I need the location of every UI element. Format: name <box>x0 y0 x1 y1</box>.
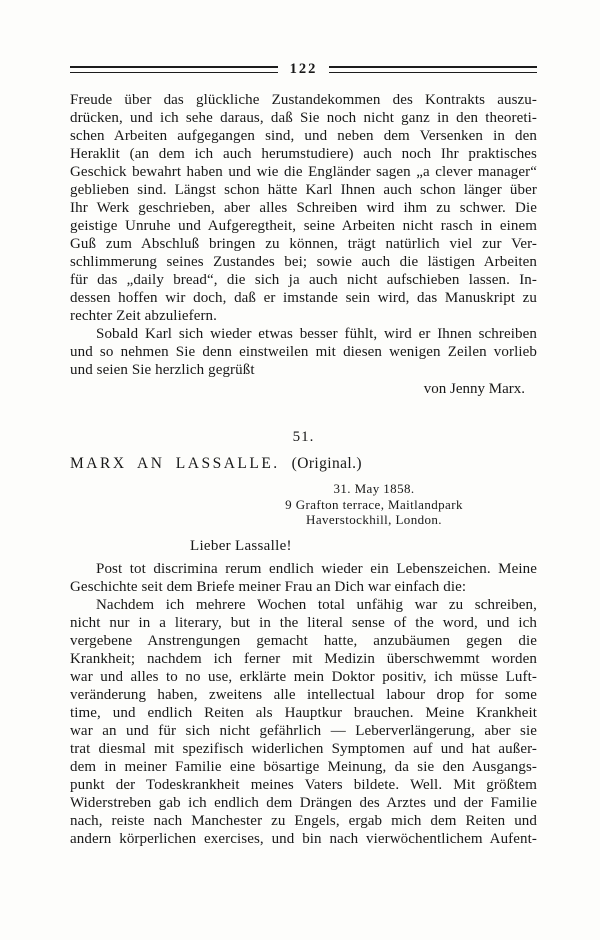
text-line: Post tot discrimina rerum endlich wieder… <box>70 560 537 578</box>
text-line: schlimmerung seines Zustandes bei; sowie… <box>70 253 537 271</box>
section-title-note: (Original.) <box>292 455 362 472</box>
text-line: andern körperlichen exercises, und bin n… <box>70 830 537 848</box>
marx-letter-paragraph-2: Nachdem ich mehrere Wochen total unfähig… <box>70 596 537 848</box>
text-line: trat diesmal mit spezifisch widerlichen … <box>70 740 537 758</box>
dateline-address-2: Haverstockhill, London. <box>219 512 529 528</box>
dateline-address-1: 9 Grafton terrace, Maitlandpark <box>219 497 529 513</box>
text-line: Krankheit; nachdem ich ferner mit Medizi… <box>70 650 537 668</box>
text-line: rechter Zeit abzuliefern. <box>70 307 537 325</box>
text-line: war und alles to no use, erklärte mein D… <box>70 668 537 686</box>
letter-signature: von Jenny Marx. <box>70 380 537 398</box>
page-number: 122 <box>290 62 318 76</box>
text-line: geblieben sind. Längst schon hätte Karl … <box>70 181 537 199</box>
text-line: für das „daily bread“, die sich ja auch … <box>70 271 537 289</box>
text-line: war an und für sich nicht gefährlich — L… <box>70 722 537 740</box>
header-rule-left <box>70 66 278 73</box>
header-rule-right <box>329 66 537 73</box>
dateline-block: 31. May 1858. 9 Grafton terrace, Maitlan… <box>219 481 529 528</box>
jenny-letter-paragraph-continuation: Freude über das glückliche Zustandekomme… <box>70 91 537 325</box>
text-line: nach, reiste nach Manchester zu Engels, … <box>70 812 537 830</box>
text-line: geistige Unruhe und Aufgeregtheit, seine… <box>70 217 537 235</box>
section-title: MARX AN LASSALLE. <box>70 455 280 472</box>
text-line: Widerstreben gab ich endlich dem Drängen… <box>70 794 537 812</box>
text-line: schen Arbeiten aufgegangen sind, und neb… <box>70 127 537 145</box>
text-line: und seien Sie herzlich gegrüßt <box>70 361 537 379</box>
text-line: punkt der Todeskrankheit meines Vaters b… <box>70 776 537 794</box>
text-line: dem in meiner Familie eine bösartige Mei… <box>70 758 537 776</box>
text-line: drücken, und ich sehe daraus, daß Sie no… <box>70 109 537 127</box>
text-line: und so nehmen Sie denn einstweilen mit d… <box>70 343 537 361</box>
running-head: 122 <box>70 62 537 76</box>
jenny-letter-paragraph-2: Sobald Karl sich wieder etwas besser füh… <box>70 325 537 379</box>
dateline-date: 31. May 1858. <box>219 481 529 497</box>
text-line: nicht nur in a literary, but in the lite… <box>70 614 537 632</box>
section-heading: MARX AN LASSALLE.(Original.) <box>70 454 537 473</box>
text-line: vergebene Anstrengungen gemacht hatte, a… <box>70 632 537 650</box>
text-line: Heraklit (an dem ich auch herumstudiere)… <box>70 145 537 163</box>
letter-salutation: Lieber Lassalle! <box>190 537 537 555</box>
book-page: 122 Freude über das glückliche Zustandek… <box>0 0 600 940</box>
text-line: veränderung haben, zweitens alle intelle… <box>70 686 537 704</box>
text-line: Freude über das glückliche Zustandekomme… <box>70 91 537 109</box>
text-line: Geschick bewahrt haben und wie die Englä… <box>70 163 537 181</box>
text-line: dessen hoffen wir doch, daß er imstande … <box>70 289 537 307</box>
text-line: time, und endlich Reiten als Hauptkur br… <box>70 704 537 722</box>
marx-letter-paragraph-1: Post tot discrimina rerum endlich wieder… <box>70 560 537 596</box>
text-line: Ihr Werk geschrieben, aber alles Schreib… <box>70 199 537 217</box>
section-number: 51. <box>70 428 537 446</box>
text-line: Nachdem ich mehrere Wochen total unfähig… <box>70 596 537 614</box>
text-line: Sobald Karl sich wieder etwas besser füh… <box>70 325 537 343</box>
text-line: Guß zum Abschluß bringen zu können, träg… <box>70 235 537 253</box>
text-line: Geschichte seit dem Briefe meiner Frau a… <box>70 578 537 596</box>
